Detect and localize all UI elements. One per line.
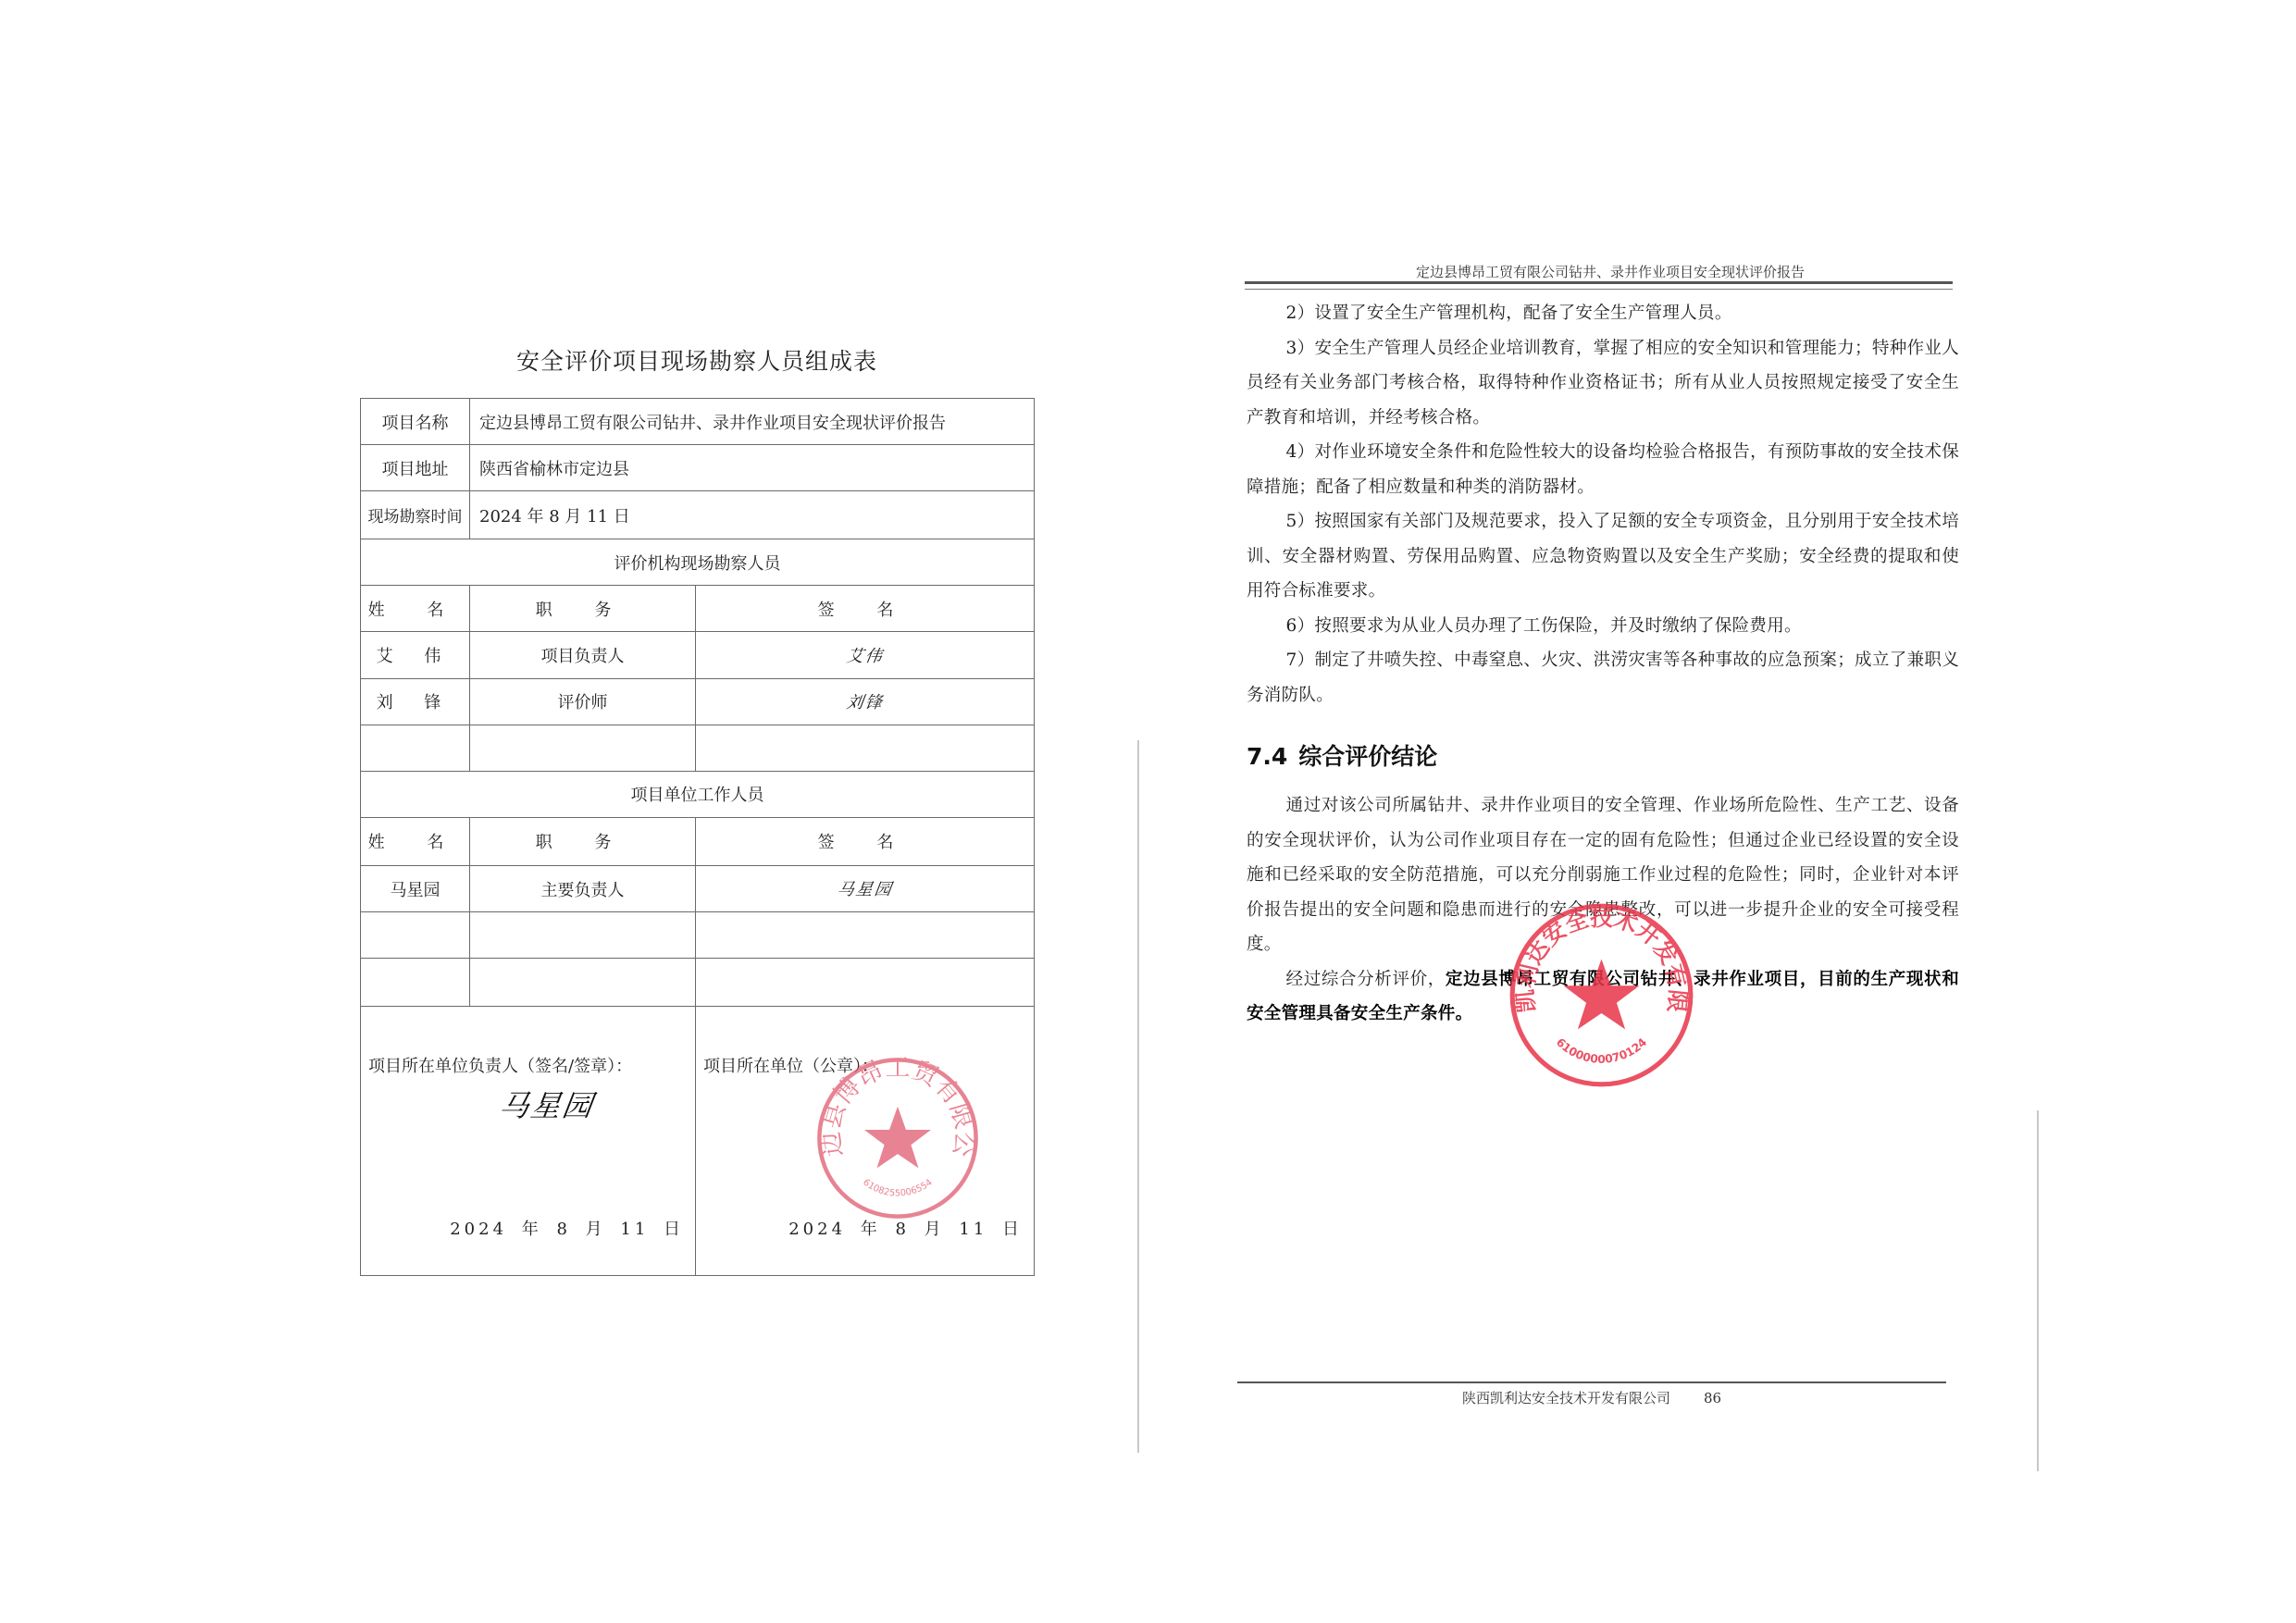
finding-item: 4）对作业环境安全条件和危险性较大的设备均检验合格报告，有预防事故的安全技术保障… [1247, 435, 1959, 504]
findings-list: 2）设置了安全生产管理机构，配备了安全生产管理人员。 3）安全生产管理人员经企业… [1247, 296, 1959, 712]
svg-text:6100000070124: 6100000070124 [1554, 1035, 1650, 1066]
person-name: 刘 锋 [361, 678, 470, 725]
final-verdict-paragraph: 经过综合分析评价，定边县博昂工贸有限公司钻井、录井作业项目，目前的生产现状和安全… [1247, 962, 1959, 1032]
unit-seal-label: 项目所在单位（公章）： [703, 1053, 878, 1077]
conclusion-text: 通过对该公司所属钻井、录井作业项目的安全管理、作业场所危险性、生产工艺、设备的安… [1247, 788, 1959, 1032]
empty-cell [361, 959, 470, 1007]
empty-cell [696, 959, 1035, 1007]
finding-item: 7）制定了井喷失控、中毒窒息、火灾、洪涝灾害等各种事故的应急预案；成立了兼职义务… [1247, 643, 1959, 712]
finding-item: 5）按照国家有关部门及规范要求，投入了足额的安全专项资金，且分别用于安全技术培训… [1247, 504, 1959, 609]
page-edge-divider [1137, 740, 1139, 1453]
table-row-empty [361, 912, 1035, 959]
finding-item: 6）按照要求为从业人员办理了工伤保险，并及时缴纳了保险费用。 [1247, 609, 1959, 644]
footer-company: 陕西凯利达安全技术开发有限公司 [1462, 1390, 1670, 1406]
empty-cell [470, 912, 696, 959]
project-name-value: 定边县博昂工贸有限公司钻井、录井作业项目安全现状评价报告 [470, 399, 1035, 445]
project-address-row: 项目地址 陕西省榆林市定边县 [361, 445, 1035, 491]
person-position: 项目负责人 [470, 632, 696, 678]
header-position: 职 务 [470, 586, 696, 632]
page-edge-divider [2037, 1110, 2039, 1471]
running-header: 定边县博昂工贸有限公司钻井、录井作业项目安全现状评价报告 [1245, 262, 1976, 281]
empty-cell [696, 912, 1035, 959]
section-title: 综合评价结论 [1298, 743, 1437, 770]
person-name: 马星园 [361, 865, 470, 911]
project-address-label: 项目地址 [361, 445, 470, 491]
project-unit-section-title: 项目单位工作人员 [361, 771, 1035, 817]
section-number: 7.4 [1247, 743, 1287, 770]
form-title: 安全评价项目现场勘察人员组成表 [360, 343, 1034, 377]
survey-date-label: 现场勘察时间 [361, 491, 470, 539]
evaluator-header-row: 姓 名 职 务 签 名 [361, 586, 1035, 632]
empty-cell [696, 725, 1035, 771]
handwritten-signature: 艾伟 [692, 632, 1037, 678]
section-heading: 7.4综合评价结论 [1247, 738, 1437, 772]
handwritten-signature: 刘锋 [692, 678, 1037, 725]
header-rule [1245, 281, 1953, 290]
project-address-value: 陕西省榆林市定边县 [470, 445, 1035, 491]
unit-seal-date: 2024 年 8 月 11 日 [788, 1216, 1023, 1240]
table-row: 马星园 主要负责人 马星园 [361, 865, 1035, 911]
empty-cell [361, 912, 470, 959]
header-name: 姓 名 [361, 817, 470, 865]
page-number: 86 [1704, 1390, 1721, 1406]
handwritten-signature: 马星园 [692, 865, 1037, 911]
project-name-row: 项目名称 定边县博昂工贸有限公司钻井、录井作业项目安全现状评价报告 [361, 399, 1035, 445]
header-name: 姓 名 [361, 586, 470, 632]
project-unit-header-row: 姓 名 职 务 签 名 [361, 817, 1035, 865]
survey-personnel-table: 项目名称 定边县博昂工贸有限公司钻井、录井作业项目安全现状评价报告 项目地址 陕… [360, 398, 1035, 1276]
table-row-empty [361, 725, 1035, 771]
header-signature: 签 名 [696, 586, 1035, 632]
approval-row: 项目所在单位负责人（签名/签章）： 马星园 2024 年 8 月 11 日 项目… [361, 1007, 1035, 1276]
unit-seal-cell: 项目所在单位（公章）： 2024 年 8 月 11 日 [696, 1007, 1035, 1276]
person-name: 艾 伟 [361, 632, 470, 678]
unit-leader-handwritten-signature: 马星园 [497, 1083, 597, 1125]
unit-leader-date: 2024 年 8 月 11 日 [450, 1216, 684, 1240]
finding-item: 2）设置了安全生产管理机构，配备了安全生产管理人员。 [1247, 296, 1959, 331]
evaluator-section-title: 评价机构现场勘察人员 [361, 539, 1035, 586]
header-position: 职 务 [470, 817, 696, 865]
empty-cell [361, 725, 470, 771]
verdict-lead: 经过综合分析评价， [1286, 970, 1446, 989]
table-row: 艾 伟 项目负责人 艾伟 [361, 632, 1035, 678]
person-position: 主要负责人 [470, 865, 696, 911]
unit-leader-label: 项目所在单位负责人（签名/签章）： [368, 1053, 632, 1077]
footer-rule [1237, 1381, 1946, 1383]
header-signature: 签 名 [696, 817, 1035, 865]
table-row-empty [361, 959, 1035, 1007]
project-name-label: 项目名称 [361, 399, 470, 445]
page-footer: 陕西凯利达安全技术开发有限公司86 [1237, 1388, 1946, 1407]
survey-date-row: 现场勘察时间 2024 年 8 月 11 日 [361, 491, 1035, 539]
conclusion-paragraph: 通过对该公司所属钻井、录井作业项目的安全管理、作业场所危险性、生产工艺、设备的安… [1247, 788, 1959, 962]
unit-leader-signature-cell: 项目所在单位负责人（签名/签章）： 马星园 2024 年 8 月 11 日 [361, 1007, 696, 1276]
person-position: 评价师 [470, 678, 696, 725]
empty-cell [470, 725, 696, 771]
table-row: 刘 锋 评价师 刘锋 [361, 678, 1035, 725]
survey-date-value: 2024 年 8 月 11 日 [470, 491, 1035, 539]
empty-cell [470, 959, 696, 1007]
finding-item: 3）安全生产管理人员经企业培训教育，掌握了相应的安全知识和管理能力；特种作业人员… [1247, 331, 1959, 436]
